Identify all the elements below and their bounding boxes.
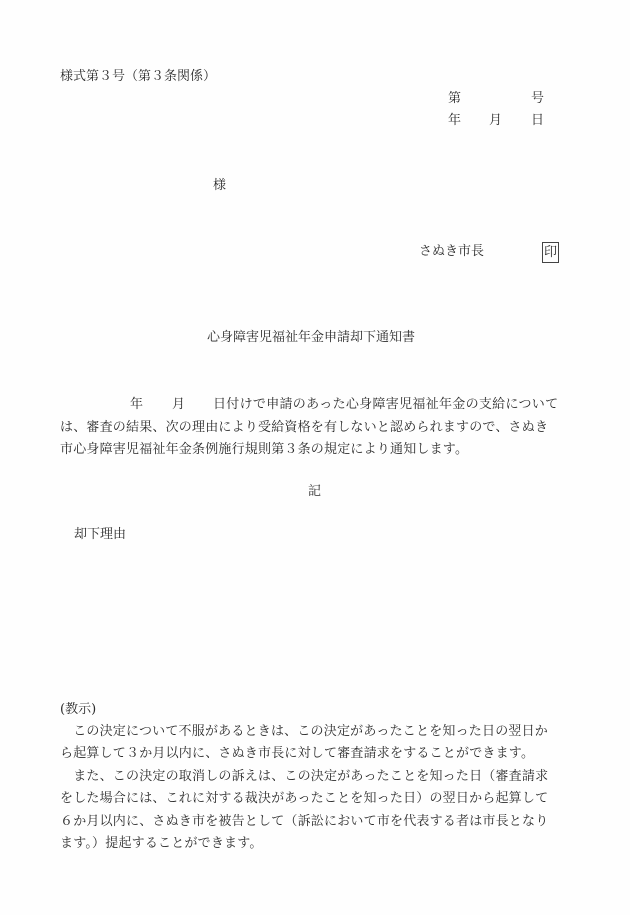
issuer-name: さぬき市長 [419, 244, 484, 260]
body-line-1: 日付けで申請のあった心身障害児福祉年金の支給について [213, 397, 558, 413]
record-heading: 記 [308, 484, 321, 500]
number-prefix: 第 [448, 91, 461, 107]
notice-heading: (教示) [60, 702, 96, 718]
reason-label: 却下理由 [74, 527, 126, 543]
notice-line: ６か月以内に、さぬき市を被告として（訴訟において市を代表する者は市長となり [60, 814, 548, 830]
body-date-month: 月 [172, 397, 185, 413]
number-suffix: 号 [531, 91, 544, 107]
document-title: 心身障害児福祉年金申請却下通知書 [207, 330, 415, 346]
date-month: 月 [489, 113, 502, 129]
body-line-3: 市心身障害児福祉年金条例施行規則第３条の規定により通知します。 [60, 442, 468, 458]
date-year: 年 [448, 113, 461, 129]
notice-line: この決定について不服があるときは、この決定があったことを知った日の翌日か [60, 724, 548, 740]
notice-line: ます。）提起することができます。 [60, 836, 263, 852]
body-date-year: 年 [130, 397, 143, 413]
notice-line: また、この決定の取消しの訴えは、この決定があったことを知った日（審査請求 [60, 769, 548, 785]
addressee-honorific: 様 [213, 178, 226, 194]
notice-line: ら起算して３か月以内に、さぬき市長に対して審査請求をすることができます。 [60, 746, 534, 762]
date-day: 日 [531, 113, 544, 129]
notice-line: をした場合には、これに対する裁決があったことを知った日）の翌日から起算して [60, 791, 548, 807]
seal-mark: 印 [542, 242, 559, 263]
form-label: 様式第３号（第３条関係） [60, 69, 216, 85]
body-line-2: は、審査の結果、次の理由により受給資格を有しないと認められますので、さぬき [60, 420, 548, 436]
